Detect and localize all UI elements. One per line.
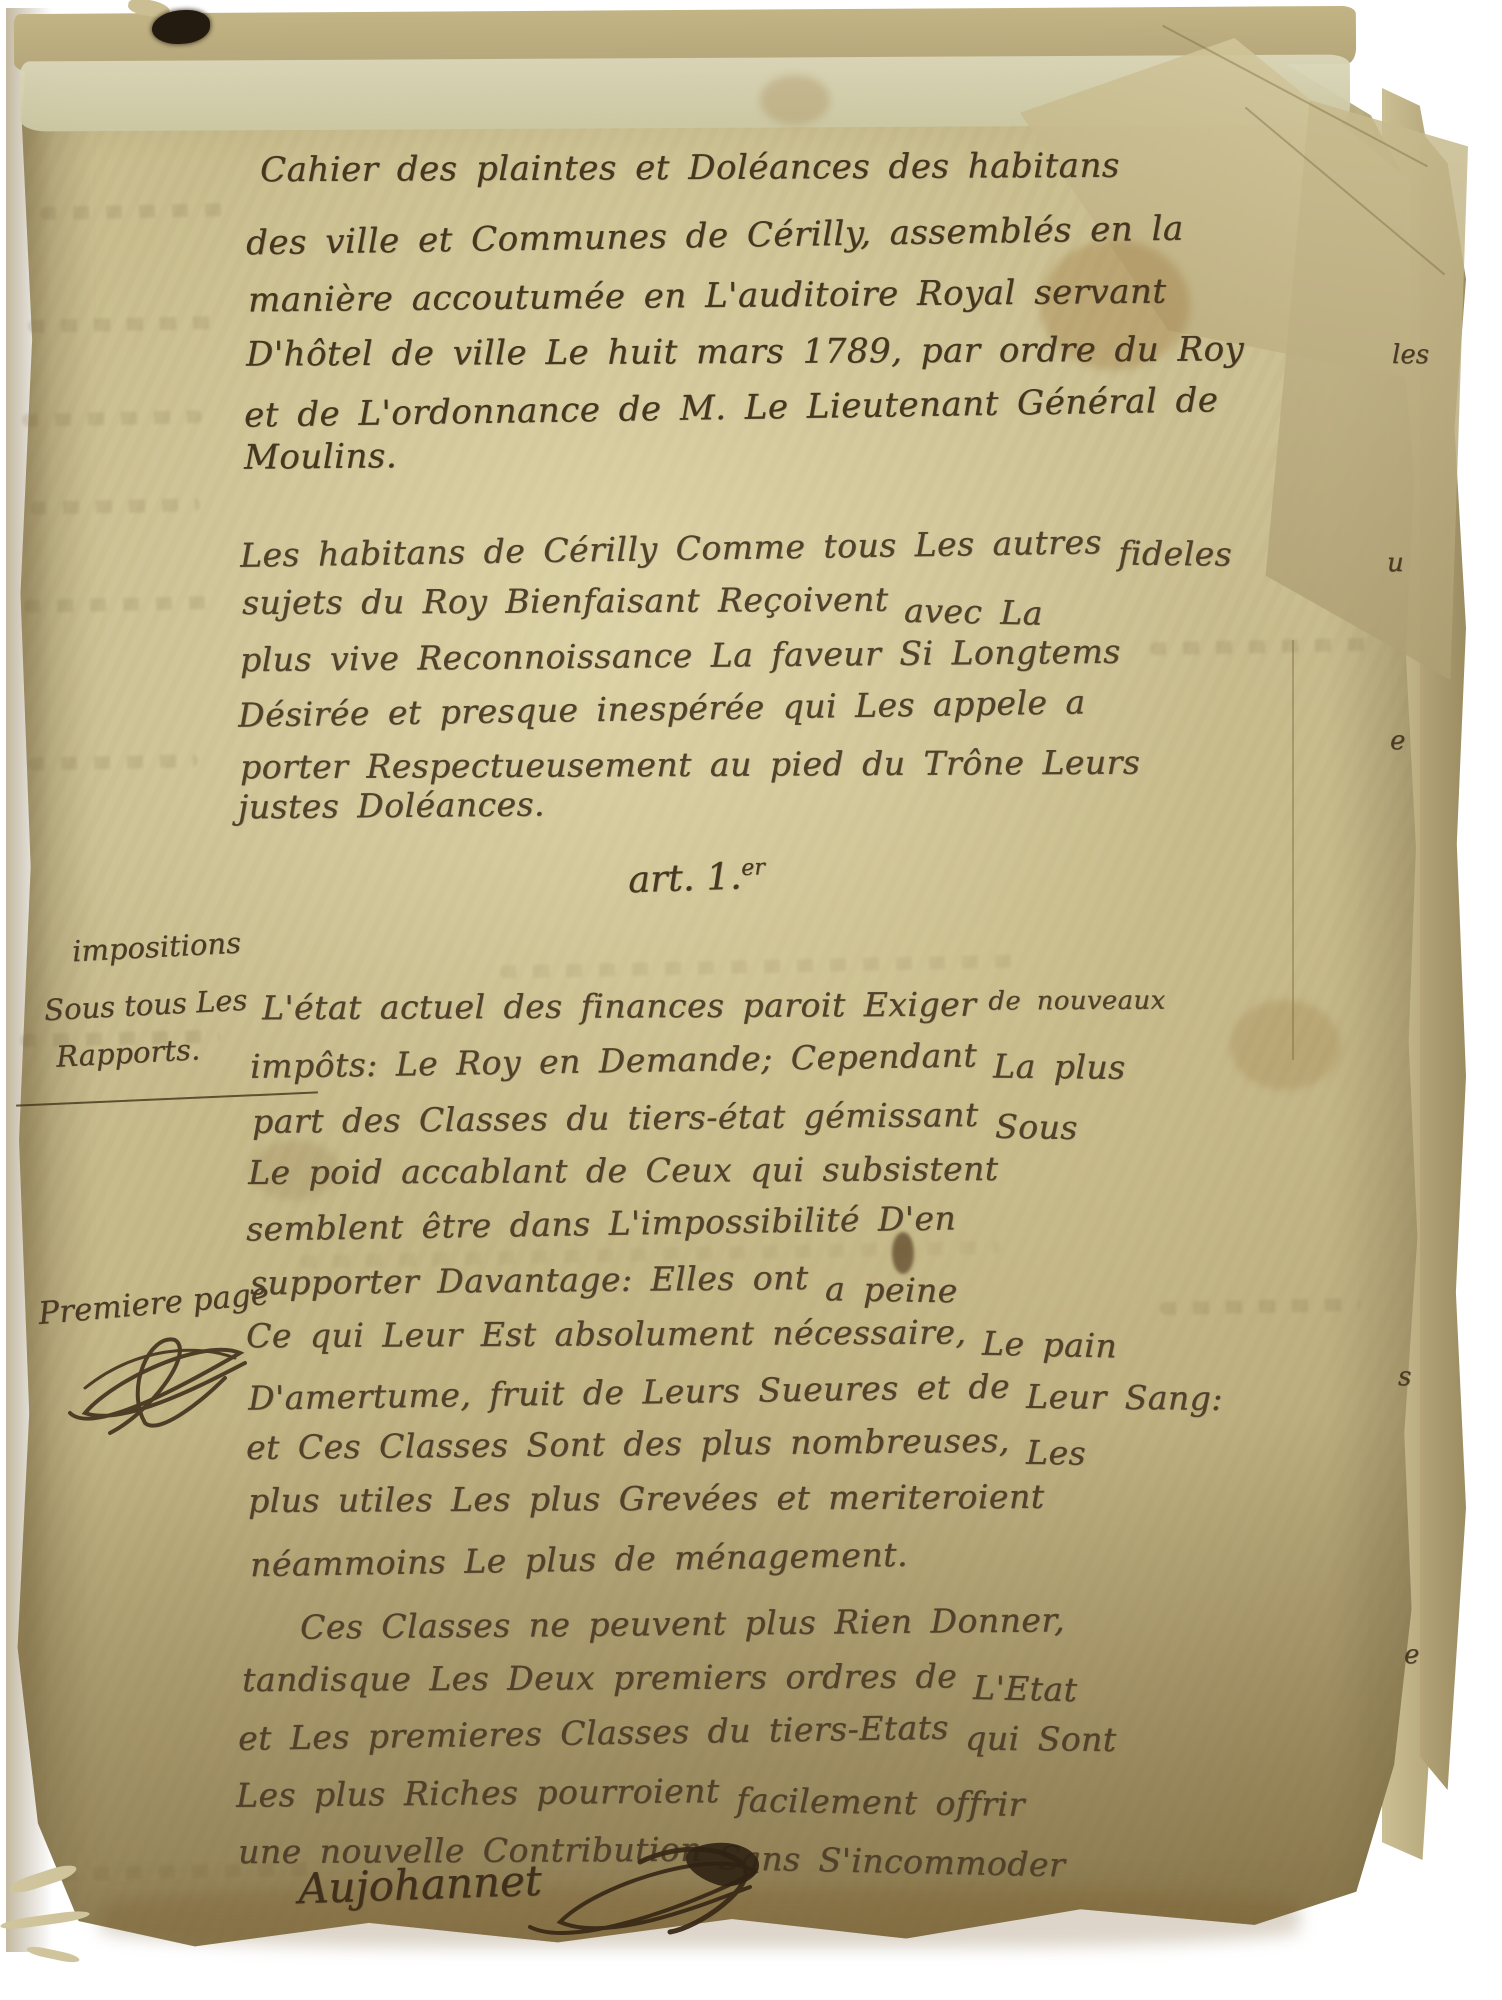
underpage-text-fragment: les: [1392, 340, 1429, 370]
intro-line: sujets du Roy Bienfaisant Reçoiventavec …: [242, 579, 1044, 622]
article1-line: et Ces Classes Sont des plus nombreuses,…: [246, 1420, 1086, 1467]
article1-line: Ce qui Leur Est absolument nécessaire,Le…: [246, 1312, 1118, 1356]
article1-line: L'état actuel des finances paroit Exiger…: [262, 984, 1166, 1028]
closing-line: Ces Classes ne peuvent plus Rien Donner,: [300, 1600, 1065, 1646]
intro-line: justes Doléances.: [238, 785, 545, 827]
underpage-text-fragment: e: [1404, 1640, 1419, 1670]
article1-line: part des Classes du tiers-état gémissant…: [252, 1094, 1078, 1141]
stain-2: [760, 75, 830, 125]
intro-line: porter Respectueusement au pied du Trône…: [240, 743, 1140, 787]
underpage-text-fragment: u: [1387, 548, 1404, 578]
underpage-text-fragment: s: [1398, 1362, 1411, 1392]
article1-line: supporter Davantage: Elles onta peine: [250, 1257, 958, 1303]
scanned-manuscript-page: Cahier des plaintes et Doléances des hab…: [0, 0, 1502, 2000]
heading-line: D'hôtel de ville Le huit mars 1789, par …: [246, 329, 1244, 374]
binding-spine-shadow: [6, 8, 52, 1952]
crease-line-3: [1292, 640, 1294, 1060]
article-1-heading-superscript: er: [741, 854, 766, 881]
heading-line: Cahier des plaintes et Doléances des hab…: [260, 146, 1120, 191]
signature-flourish: [520, 1832, 770, 1957]
signature-name: Aujohannet: [297, 1856, 542, 1913]
article1-line: Le poid accablant de Ceux qui subsistent: [248, 1149, 999, 1192]
article1-line: plus utiles Les plus Grevées et meritero…: [248, 1477, 1045, 1520]
paraph-flourish: [55, 1318, 265, 1448]
frayed-edge: [26, 1944, 81, 1964]
underpage-text-fragment: e: [1390, 726, 1405, 756]
heading-line: Moulins.: [244, 436, 397, 477]
closing-line: Les plus Riches pourroientfacilement off…: [236, 1768, 1025, 1815]
closing-line: tandisque Les Deux premiers ordres deL'E…: [242, 1656, 1078, 1699]
article-1-heading: art. 1.er: [627, 854, 766, 902]
stain-3: [1230, 1000, 1340, 1090]
